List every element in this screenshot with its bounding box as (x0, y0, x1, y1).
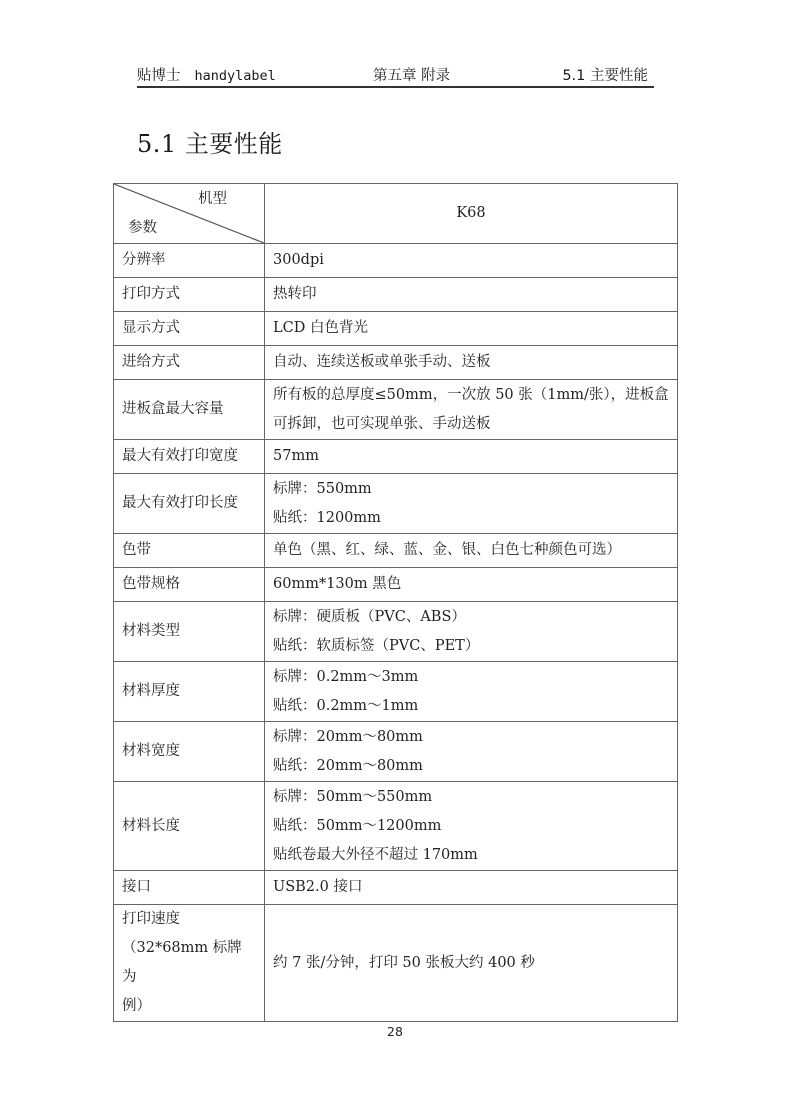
value-text: 300dpi (273, 246, 669, 275)
value-text: 57mm (273, 442, 669, 471)
value-cell: 所有板的总厚度≤50mm，一次放 50 张（1mm/张），进板盒可拆卸，也可实现… (265, 380, 678, 440)
value-cell: 60mm*130m 黑色 (265, 568, 678, 602)
param-label: 色带规格 (122, 570, 256, 599)
table-row: 材料类型标牌：硬质板（PVC、ABS）贴纸：软质标签（PVC、PET） (114, 602, 678, 662)
value-cell: 300dpi (265, 244, 678, 278)
value-cell: 单色（黑、红、绿、蓝、金、银、白色七种颜色可选） (265, 534, 678, 568)
running-header: 贴博士handylabel 第五章 附录 5.1 主要性能 (137, 64, 654, 86)
param-label: 最大有效打印长度 (122, 489, 256, 518)
param-cell: 色带规格 (114, 568, 265, 602)
table-row: 接口USB2.0 接口 (114, 871, 678, 905)
param-label: （32*68mm 标牌为 (122, 934, 256, 992)
value-text: 标牌：550mm (273, 475, 669, 504)
param-cell: 显示方式 (114, 312, 265, 346)
value-text: 贴纸：1200mm (273, 504, 669, 533)
table-row: 色带规格60mm*130m 黑色 (114, 568, 678, 602)
table-row: 材料宽度标牌：20mm～80mm贴纸：20mm～80mm (114, 722, 678, 782)
value-text: 60mm*130m 黑色 (273, 570, 669, 599)
value-text: 可拆卸，也可实现单张、手动送板 (273, 410, 669, 439)
table-row: 材料厚度标牌：0.2mm～3mm贴纸：0.2mm～1mm (114, 662, 678, 722)
value-text: 约 7 张/分钟，打印 50 张板大约 400 秒 (273, 949, 669, 978)
param-cell: 分辨率 (114, 244, 265, 278)
value-cell: 标牌：50mm～550mm贴纸：50mm～1200mm贴纸卷最大外径不超过 17… (265, 782, 678, 871)
page-number: 28 (0, 1024, 790, 1039)
param-cell: 材料长度 (114, 782, 265, 871)
value-text: 标牌：硬质板（PVC、ABS） (273, 603, 669, 632)
value-cell: 标牌：硬质板（PVC、ABS）贴纸：软质标签（PVC、PET） (265, 602, 678, 662)
param-cell: 接口 (114, 871, 265, 905)
corner-param-label: 参数 (128, 217, 157, 239)
diagonal-header-cell: 机型 参数 (114, 184, 265, 244)
param-label: 材料长度 (122, 812, 256, 841)
spec-table: 机型 参数 K68 分辨率300dpi打印方式热转印显示方式LCD 白色背光进给… (113, 183, 678, 1022)
value-text: 贴纸：0.2mm～1mm (273, 692, 669, 721)
value-cell: 热转印 (265, 278, 678, 312)
param-cell: 打印方式 (114, 278, 265, 312)
param-cell: 最大有效打印长度 (114, 474, 265, 534)
value-text: USB2.0 接口 (273, 873, 669, 902)
value-text: 标牌：20mm～80mm (273, 723, 669, 752)
param-label: 材料厚度 (122, 677, 256, 706)
param-label: 显示方式 (122, 314, 256, 343)
value-cell: 标牌：20mm～80mm贴纸：20mm～80mm (265, 722, 678, 782)
param-label: 进板盒最大容量 (122, 395, 256, 424)
value-cell: 自动、连续送板或单张手动、送板 (265, 346, 678, 380)
table-header-row: 机型 参数 K68 (114, 184, 678, 244)
value-cell: 57mm (265, 440, 678, 474)
section-title: 5.1 主要性能 (137, 124, 283, 159)
header-section: 5.1 主要性能 (562, 64, 648, 85)
param-cell: 最大有效打印宽度 (114, 440, 265, 474)
param-cell: 材料类型 (114, 602, 265, 662)
value-text: 贴纸卷最大外径不超过 170mm (273, 841, 669, 870)
table-row: 色带单色（黑、红、绿、蓝、金、银、白色七种颜色可选） (114, 534, 678, 568)
value-text: 自动、连续送板或单张手动、送板 (273, 348, 669, 377)
value-text: 贴纸：软质标签（PVC、PET） (273, 632, 669, 661)
brand-cn: 贴博士 (137, 68, 181, 84)
value-text: 单色（黑、红、绿、蓝、金、银、白色七种颜色可选） (273, 536, 669, 565)
param-label: 分辨率 (122, 246, 256, 275)
param-label: 最大有效打印宽度 (122, 442, 256, 471)
table-row: 最大有效打印长度标牌：550mm贴纸：1200mm (114, 474, 678, 534)
table-row: 显示方式LCD 白色背光 (114, 312, 678, 346)
table-row: 分辨率300dpi (114, 244, 678, 278)
value-cell: 标牌：0.2mm～3mm贴纸：0.2mm～1mm (265, 662, 678, 722)
value-text: 所有板的总厚度≤50mm，一次放 50 张（1mm/张），进板盒 (273, 381, 669, 410)
value-cell: USB2.0 接口 (265, 871, 678, 905)
param-cell: 色带 (114, 534, 265, 568)
param-label: 接口 (122, 873, 256, 902)
param-label: 进给方式 (122, 348, 256, 377)
param-cell: 材料厚度 (114, 662, 265, 722)
param-label: 材料宽度 (122, 737, 256, 766)
param-cell: 打印速度（32*68mm 标牌为例） (114, 905, 265, 1022)
param-cell: 进给方式 (114, 346, 265, 380)
value-cell: 标牌：550mm贴纸：1200mm (265, 474, 678, 534)
table-row: 进给方式自动、连续送板或单张手动、送板 (114, 346, 678, 380)
brand-en: handylabel (195, 68, 276, 84)
param-label: 例） (122, 992, 256, 1021)
value-text: 标牌：0.2mm～3mm (273, 663, 669, 692)
value-text: LCD 白色背光 (273, 314, 669, 343)
table-row: 打印方式热转印 (114, 278, 678, 312)
value-text: 贴纸：50mm～1200mm (273, 812, 669, 841)
param-label: 材料类型 (122, 617, 256, 646)
param-label: 打印速度 (122, 905, 256, 934)
table-row: 最大有效打印宽度57mm (114, 440, 678, 474)
param-label: 色带 (122, 536, 256, 565)
value-text: 热转印 (273, 280, 669, 309)
header-chapter: 第五章 附录 (373, 64, 450, 85)
param-cell: 材料宽度 (114, 722, 265, 782)
value-text: 贴纸：20mm～80mm (273, 752, 669, 781)
value-cell: LCD 白色背光 (265, 312, 678, 346)
table-row: 打印速度（32*68mm 标牌为例）约 7 张/分钟，打印 50 张板大约 40… (114, 905, 678, 1022)
header-divider (137, 86, 654, 88)
table-row: 进板盒最大容量所有板的总厚度≤50mm，一次放 50 张（1mm/张），进板盒可… (114, 380, 678, 440)
table-row: 材料长度标牌：50mm～550mm贴纸：50mm～1200mm贴纸卷最大外径不超… (114, 782, 678, 871)
corner-model-label: 机型 (198, 188, 227, 210)
value-cell: 约 7 张/分钟，打印 50 张板大约 400 秒 (265, 905, 678, 1022)
model-name: K68 (265, 184, 678, 244)
param-label: 打印方式 (122, 280, 256, 309)
param-cell: 进板盒最大容量 (114, 380, 265, 440)
header-brand: 贴博士handylabel (137, 64, 276, 85)
value-text: 标牌：50mm～550mm (273, 783, 669, 812)
